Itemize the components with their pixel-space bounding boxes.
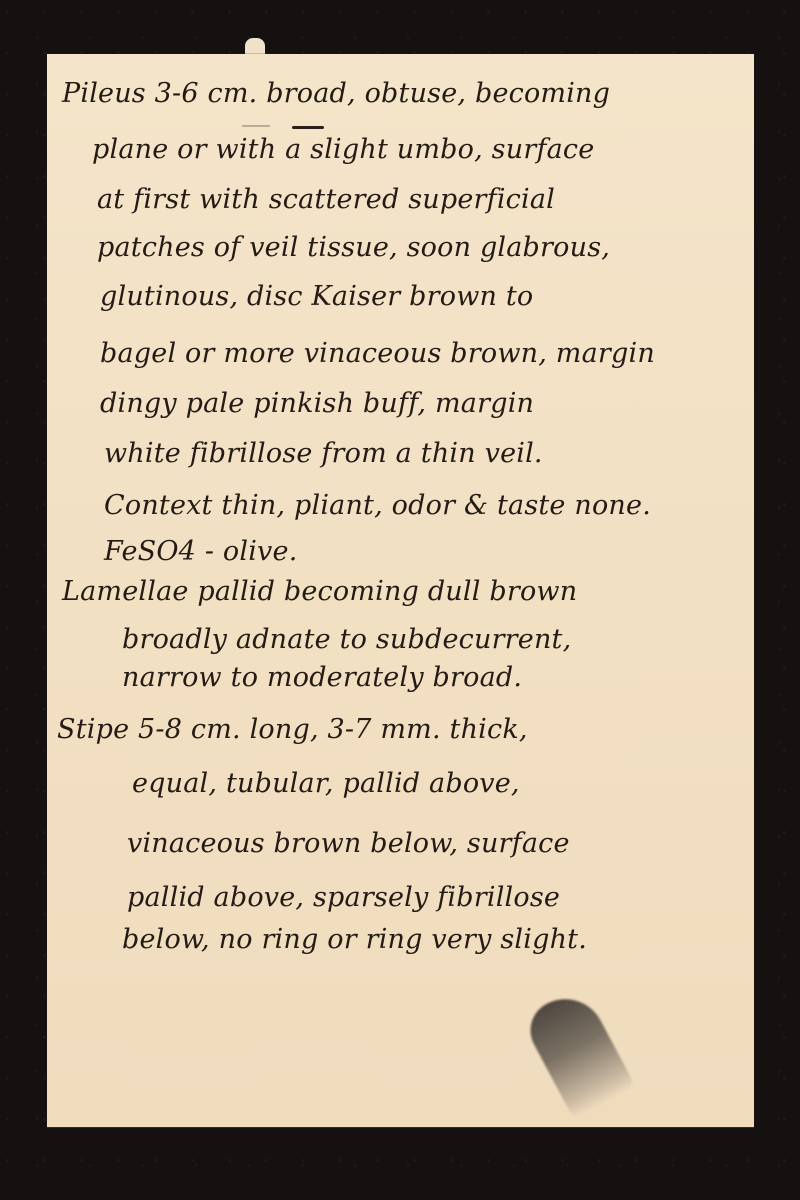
pencil-mark bbox=[242, 125, 270, 127]
text-line: broadly adnate to subdecurrent, bbox=[122, 624, 571, 655]
text-line: vinaceous brown below, surface bbox=[127, 828, 570, 859]
text-line: Context thin, pliant, odor & taste none. bbox=[104, 490, 651, 521]
index-card: Pileus 3-6 cm. broad, obtuse, becoming p… bbox=[47, 54, 754, 1127]
ink-mark bbox=[292, 126, 324, 129]
text-line: bagel or more vinaceous brown, margin bbox=[100, 338, 655, 369]
text-line: equal, tubular, pallid above, bbox=[132, 768, 520, 799]
text-line: white fibrillose from a thin veil. bbox=[104, 438, 543, 469]
text-line-stipe: Stipe 5-8 cm. long, 3-7 mm. thick, bbox=[57, 714, 528, 745]
torn-edge bbox=[245, 38, 265, 54]
text-line: at first with scattered superficial bbox=[97, 184, 555, 215]
text-line-lamellae: Lamellae pallid becoming dull brown bbox=[62, 576, 577, 607]
text-line: pallid above, sparsely fibrillose bbox=[127, 882, 560, 913]
text-line: patches of veil tissue, soon glabrous, bbox=[97, 232, 610, 263]
text-line: below, no ring or ring very slight. bbox=[122, 924, 587, 955]
text-line: dingy pale pinkish buff, margin bbox=[100, 388, 534, 419]
text-line: narrow to moderately broad. bbox=[122, 662, 522, 693]
text-line: glutinous, disc Kaiser brown to bbox=[100, 281, 533, 312]
text-line-pileus: Pileus 3-6 cm. broad, obtuse, becoming bbox=[62, 78, 610, 109]
text-line: plane or with a slight umbo, surface bbox=[92, 134, 594, 165]
text-line: FeSO4 - olive. bbox=[104, 536, 297, 567]
